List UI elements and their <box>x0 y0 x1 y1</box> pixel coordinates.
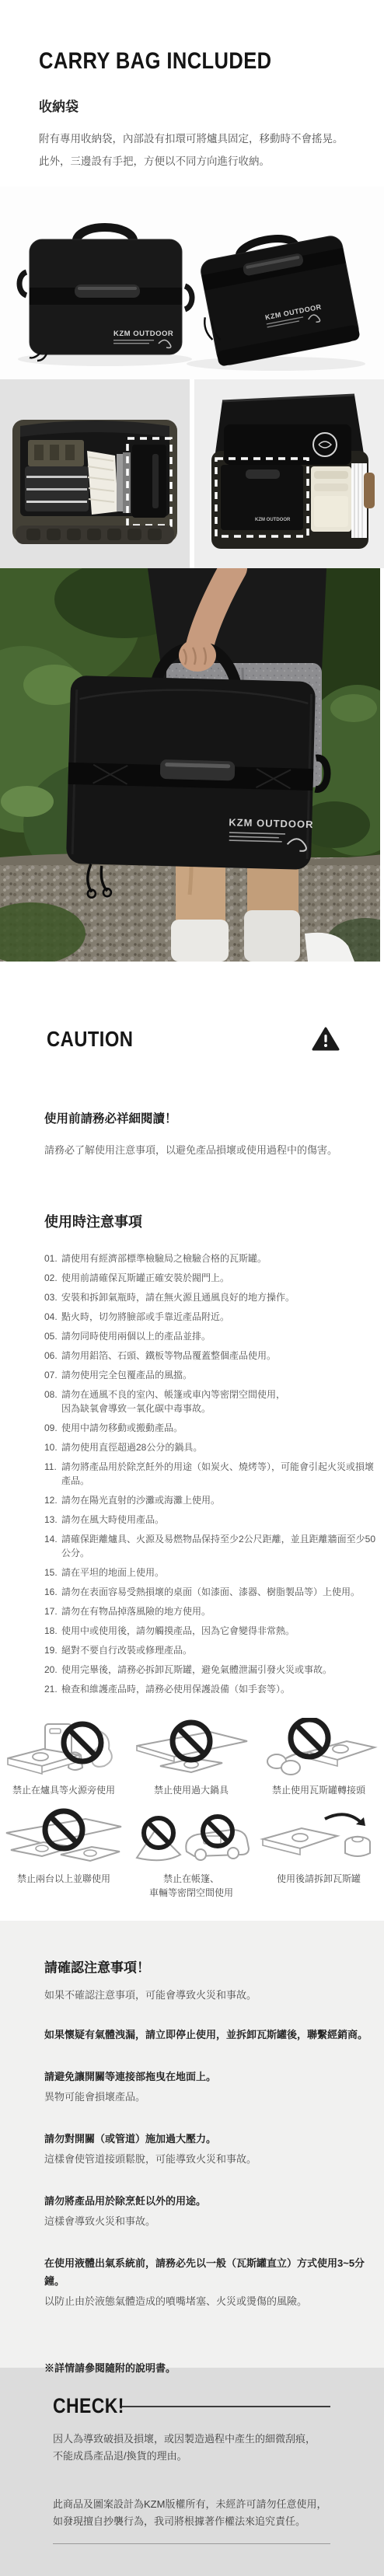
item-text: 使用中請勿移動或搬動產品。 <box>61 1421 384 1435</box>
caution-list-item: 14. 請確保距離爐具、火源及易燃物品保持至少2公尺距離，並且距離牆面至少50公… <box>44 1532 384 1560</box>
prohibition-caption: 禁止使用過大鍋具 <box>127 1783 255 1797</box>
item-number: 04. <box>44 1310 61 1324</box>
prohibition-caption: 禁止在帳篷、 車輛等密閉空間使用 <box>127 1872 255 1900</box>
lifestyle-photo-forest: KZM OUTDOOR <box>0 568 384 962</box>
confirm-panel: 請確認注意事項！ 如果不確認注意事項，可能會導致火災和事故。 如果懷疑有氣體洩漏… <box>0 1921 384 2368</box>
item-number: 18. <box>44 1624 61 1638</box>
caution-list-item: 12. 請勿在陽光直射的沙灘或海灘上使用。 <box>44 1493 384 1507</box>
read-before-use-desc: 請務必了解使用注意事項，以避免產品損壞或使用過程中的傷害。 <box>44 1142 340 1157</box>
item-text: 檢查和維護產品時，請務必使用保護設備（如手套等）。 <box>61 1682 384 1696</box>
item-number: 21. <box>44 1682 61 1696</box>
caution-list: 01. 請使用有經濟部標準檢驗局之檢驗合格的瓦斯罐。 02. 使用前請確保瓦斯罐… <box>44 1251 384 1696</box>
item-text: 安裝和拆卸氣瓶時，請在無火源且通風良好的地方操作。 <box>61 1290 384 1304</box>
prohibition-caption: 禁止兩台以上並聯使用 <box>0 1872 127 1886</box>
item-text: 請勿在通風不良的室內、帳篷或車內等密閉空間使用， 因為缺氧會導致一氧化碳中毒事故… <box>61 1387 384 1415</box>
caution-list-item: 05. 請勿同時使用兩個以上的產品並排。 <box>44 1329 384 1343</box>
confirm-subtext: 如果不確認注意事項，可能會導致火災和事故。 <box>44 1987 368 2002</box>
item-text: 請勿使用直徑超過28公分的鍋具。 <box>61 1440 384 1454</box>
bottom-divider <box>53 2543 330 2544</box>
item-number: 14. <box>44 1532 61 1560</box>
item-number: 16. <box>44 1585 61 1599</box>
prohibition-cell-adapter: 禁止使用瓦斯罐轉接頭 <box>255 1718 382 1797</box>
check-heading: CHECK! <box>53 2394 110 2418</box>
item-text: 點火時，切勿將臉部或手靠近產品附近。 <box>61 1310 384 1324</box>
caution-list-item: 20. 使用完畢後，請務必拆卸瓦斯罐，避免氣體泄漏引發火災或事故。 <box>44 1663 384 1677</box>
product-detail-page: CARRY BAG INCLUDED 收納袋 附有專用收納袋，內部設有扣環可將爐… <box>0 0 384 2576</box>
caution-list-item: 16. 請勿在表面容易受熱損壞的桌面（如漆面、漆器、樹脂製品等）上使用。 <box>44 1585 384 1599</box>
caution-list-item: 21. 檢查和維護產品時，請務必使用保護設備（如手套等）。 <box>44 1682 384 1696</box>
prohibition-caption: 禁止使用瓦斯罐轉接頭 <box>255 1783 382 1797</box>
brand-text: KZM OUTDOOR <box>113 330 173 338</box>
item-text: 使用中或使用後，請勿觸摸產品，因為它會變得非常熱。 <box>61 1624 384 1638</box>
prohibition-caption: 禁止在爐具等火源旁使用 <box>0 1783 127 1797</box>
detach-canister-icon <box>260 1806 378 1867</box>
item-number: 19. <box>44 1643 61 1657</box>
item-text: 請勿在風大時使用產品。 <box>61 1513 384 1527</box>
item-number: 10. <box>44 1440 61 1454</box>
item-text: 請在平坦的地面上使用。 <box>61 1565 384 1579</box>
item-text: 請勿同時使用兩個以上的產品並排。 <box>61 1329 384 1343</box>
check-paragraph-copyright: 此商品及圖案設計為KZM版權所有，未經許可請勿任意使用， 如發現擅自抄襲行為，我… <box>53 2496 330 2530</box>
caution-list-item: 15. 請在平坦的地面上使用。 <box>44 1565 384 1579</box>
item-number: 15. <box>44 1565 61 1579</box>
item-text: 請勿在表面容易受熱損壞的桌面（如漆面、漆器、樹脂製品等）上使用。 <box>61 1585 384 1599</box>
item-number: 01. <box>44 1251 61 1265</box>
caution-title: CAUTION <box>47 1027 133 1052</box>
item-number: 11. <box>44 1460 61 1488</box>
prohibition-cell-detach-canister: 使用後請拆卸瓦斯罐 <box>255 1806 382 1900</box>
caution-list-item: 17. 請勿在有物品掉落風險的地方使用。 <box>44 1604 384 1618</box>
caution-list-item: 10. 請勿使用直徑超過28公分的鍋具。 <box>44 1440 384 1454</box>
caution-list-item: 13. 請勿在風大時使用產品。 <box>44 1513 384 1527</box>
item-text: 請勿使用完全包覆產品的風擋。 <box>61 1368 384 1382</box>
caution-list-item: 04. 點火時，切勿將臉部或手靠近產品附近。 <box>44 1310 384 1324</box>
brand-text: KZM OUTDOOR <box>229 816 314 830</box>
item-text: 請勿用鋁箔、石頭、鐵板等物品覆蓋整個產品使用。 <box>61 1349 384 1363</box>
carry-bag-section: CARRY BAG INCLUDED 收納袋 附有專用收納袋，內部設有扣環可將爐… <box>0 0 384 187</box>
confirm-group: 請勿對開關（或管道）施加過大壓力。這樣會使管道接頭鬆脫，可能導致火災和事故。 <box>44 2130 368 2168</box>
no-oversized-pot-icon <box>132 1718 250 1778</box>
confirm-group: 請避免讓開關等連接部拖曳在地面上。異物可能會損壞產品。 <box>44 2068 368 2106</box>
prohibition-caption: 使用後請拆卸瓦斯罐 <box>255 1872 382 1886</box>
read-before-use-heading: 使用前請務必祥細閱讀！ <box>44 1109 384 1126</box>
item-number: 20. <box>44 1663 61 1677</box>
item-number: 12. <box>44 1493 61 1507</box>
item-text: 絕對不要自行改裝或修理產品。 <box>61 1643 384 1657</box>
item-number: 17. <box>44 1604 61 1618</box>
caution-list-item: 19. 絕對不要自行改裝或修理產品。 <box>44 1643 384 1657</box>
item-number: 13. <box>44 1513 61 1527</box>
caution-list-item: 06. 請勿用鋁箔、石頭、鐵板等物品覆蓋整個產品使用。 <box>44 1349 384 1363</box>
check-paragraph-damage: 因人為導致破損及損壞，或因製造過程中產生的細微刮痕， 不能成爲產品退/換貨的理由… <box>53 2431 330 2465</box>
confirm-group: 如果懷疑有氣體洩漏，請立即停止使用，並拆卸瓦斯罐後，聯繫經銷商。 <box>44 2026 368 2044</box>
warning-triangle-icon <box>312 1027 340 1052</box>
item-number: 03. <box>44 1290 61 1304</box>
interior-photos-row: KZM OUTDOOR <box>0 379 384 568</box>
item-text: 請勿將產品用於除烹飪外的用途（如炭火、燒烤等），可能會引起火災或損壞產品。 <box>61 1460 384 1488</box>
caution-section: CAUTION 使用前請務必祥細閱讀！ 請務必了解使用注意事項，以避免產品損壞或… <box>0 962 384 1921</box>
prohibition-cell-big-pot: 禁止使用過大鍋具 <box>127 1718 255 1797</box>
item-text: 請確保距離爐具、火源及易燃物品保持至少2公尺距離，並且距離牆面至少50公分。 <box>61 1532 384 1560</box>
confirm-heading: 請確認注意事項！ <box>44 1956 368 1976</box>
check-heading-row: CHECK! <box>53 2394 330 2418</box>
section-subtitle: 收納袋 <box>39 96 353 115</box>
product-photo-two-bags: KZM OUTDOOR KZM OUTDOOR <box>0 187 384 379</box>
section-title: CARRY BAG INCLUDED <box>39 48 353 75</box>
interior-photo-open-lid: KZM OUTDOOR <box>194 379 384 568</box>
check-panel: CHECK! 因人為導致破損及損壞，或因製造過程中產生的細微刮痕， 不能成爲產品… <box>0 2368 384 2576</box>
prohibition-cell-enclosed-space: 禁止在帳篷、 車輛等密閉空間使用 <box>127 1806 255 1900</box>
item-number: 08. <box>44 1387 61 1415</box>
caution-heading-row: CAUTION <box>0 1027 384 1052</box>
prohibition-cell-fire-sources: 禁止在爐具等火源旁使用 <box>0 1718 127 1797</box>
item-number: 09. <box>44 1421 61 1435</box>
item-number: 05. <box>44 1329 61 1343</box>
precautions-list-heading: 使用時注意事項 <box>44 1211 384 1231</box>
item-text: 使用完畢後，請務必拆卸瓦斯罐，避免氣體泄漏引發火災或事故。 <box>61 1663 384 1677</box>
caution-list-item: 07. 請勿使用完全包覆產品的風擋。 <box>44 1368 384 1382</box>
no-use-near-fire-icon <box>5 1718 123 1778</box>
no-parallel-stoves-icon <box>5 1806 123 1867</box>
item-text: 使用前請確保瓦斯罐正確安裝於閥門上。 <box>61 1271 384 1285</box>
item-text: 請使用有經濟部標準檢驗局之檢驗合格的瓦斯罐。 <box>61 1251 384 1265</box>
no-enclosed-space-icon <box>132 1806 250 1867</box>
caution-list-item: 09. 使用中請勿移動或搬動產品。 <box>44 1421 384 1435</box>
caution-list-item: 11. 請勿將產品用於除烹飪外的用途（如炭火、燒烤等），可能會引起火災或損壞產品… <box>44 1460 384 1488</box>
confirm-group: 請勿將產品用於除烹飪以外的用途。這樣會導致火災和事故。 <box>44 2192 368 2230</box>
item-number: 02. <box>44 1271 61 1285</box>
confirm-group: 在使用液體出氣系統前，請務必先以一般（瓦斯罐直立）方式使用3~5分鐘。以防止由於… <box>44 2254 368 2310</box>
prohibition-cell-parallel-use: 禁止兩台以上並聯使用 <box>0 1806 127 1900</box>
item-number: 06. <box>44 1349 61 1363</box>
caution-list-item: 02. 使用前請確保瓦斯罐正確安裝於閥門上。 <box>44 1271 384 1285</box>
section-description: 附有專用收納袋，內部設有扣環可將爐具固定，移動時不會搖晃。此外，三邊設有手把，方… <box>39 127 353 173</box>
item-text: 請勿在有物品掉落風險的地方使用。 <box>61 1604 384 1618</box>
check-heading-rule <box>120 2406 330 2407</box>
caution-list-item: 03. 安裝和拆卸氣瓶時，請在無火源且通風良好的地方操作。 <box>44 1290 384 1304</box>
item-text: 請勿在陽光直射的沙灘或海灘上使用。 <box>61 1493 384 1507</box>
caution-list-item: 08. 請勿在通風不良的室內、帳篷或車內等密閉空間使用， 因為缺氧會導致一氧化碳… <box>44 1387 384 1415</box>
caution-list-item: 18. 使用中或使用後，請勿觸摸產品，因為它會變得非常熱。 <box>44 1624 384 1638</box>
interior-photo-open-top <box>0 379 190 568</box>
prohibition-grid: 禁止在爐具等火源旁使用 禁止使用過大鍋具 <box>0 1718 384 1909</box>
brand-text-small: KZM OUTDOOR <box>255 518 291 522</box>
caution-list-item: 01. 請使用有經濟部標準檢驗局之檢驗合格的瓦斯罐。 <box>44 1251 384 1265</box>
item-number: 07. <box>44 1368 61 1382</box>
no-canister-adapter-icon <box>260 1718 378 1778</box>
